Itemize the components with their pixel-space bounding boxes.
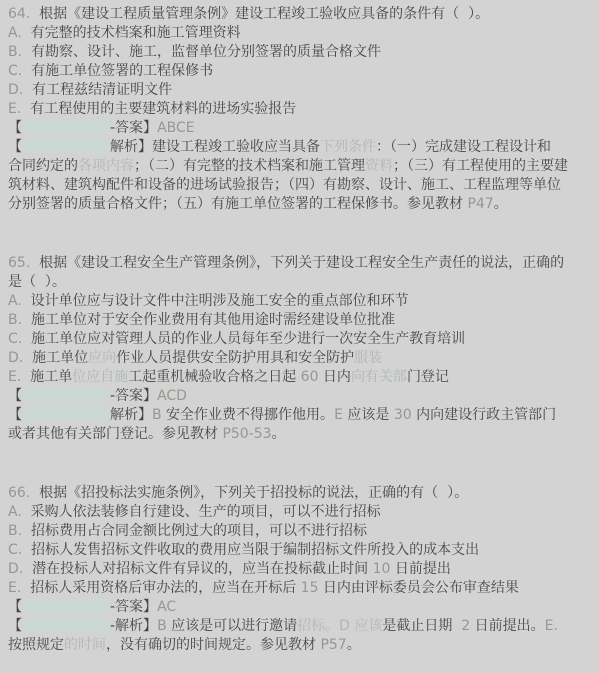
question-64: 64. 根据《建设工程质量管理条例》建设工程竣工验收应具备的条件有（ ）。A. … — [8, 5, 591, 214]
text-segment: -解析】 — [110, 618, 157, 634]
q66-analysis-2: 按照规定的时间，没有确切的时间规定。参见教材 P57。 — [8, 636, 591, 655]
text-segment: 采购人依法装修自行建设、生产的项目，可以不进行招标 — [22, 504, 381, 520]
text-segment: 是截止日期 — [382, 618, 461, 634]
text-segment: -答案】 — [110, 120, 157, 136]
text-segment: 。 — [494, 196, 508, 212]
text-segment: B. — [8, 44, 22, 60]
text-segment: 工起重机械验收合格之日起 — [128, 369, 300, 385]
q64-option-d: D. 有工程兹结清证明文件 — [8, 81, 591, 100]
text-segment: 有工程兹结清证明文件 — [23, 82, 172, 98]
text-segment: 位应自施 — [72, 369, 128, 385]
text-segment: -答案】 — [110, 388, 157, 404]
text-segment: 招标人发售招标文件收取的费用应当限于编制招标文件所投入的成本支出 — [22, 542, 479, 558]
redaction-box — [23, 599, 109, 613]
text-segment: 资料 — [365, 158, 393, 174]
text-segment: D. — [8, 82, 23, 98]
text-segment: P47 — [467, 196, 493, 212]
q64-analysis-4: 分别签署的质量合格文件；（五）有施工单位签署的工程保修书。参见教材 P47。 — [8, 195, 591, 214]
q65-option-c: C. 施工单位应对管理人员的作业人员每年至少进行一次安全生产教育培训 — [8, 330, 591, 349]
text-segment: C. — [8, 331, 22, 347]
text-segment: 向有关部 — [351, 369, 407, 385]
text-segment: ，没有确切的时间规定。参见教材 — [106, 637, 320, 653]
text-segment: 60 — [301, 369, 319, 385]
text-segment: ；（二）有完整的技术档案和施工管理 — [134, 158, 365, 174]
q66-option-c: C. 招标人发售招标文件收取的费用应当限于编制招标文件所投入的成本支出 — [8, 541, 591, 560]
redaction-box — [23, 120, 109, 134]
text-segment: D. — [8, 561, 23, 577]
redaction-box — [23, 618, 109, 632]
text-segment: 或者其他有关部门登记。参见教材 — [8, 426, 222, 442]
text-segment: 有工程使用的主要建筑材料的进场实验报告 — [21, 101, 296, 117]
text-segment: ；（三）有工程使用的主要建 — [393, 158, 568, 174]
q65-answer: 【-答案】ACD — [8, 387, 591, 406]
text-segment: 施工单位应对管理人员的作业人员每年至少进行一次安全生产教育培训 — [22, 331, 465, 347]
text-segment: 服装 — [354, 350, 382, 366]
text-segment: 。 — [272, 426, 286, 442]
text-segment: 65. — [8, 255, 30, 271]
text-segment: 有施工单位签署的工程保修书 — [22, 63, 213, 79]
text-segment: 。 — [347, 637, 361, 653]
text-segment: 【 — [8, 618, 22, 634]
q64-answer: 【-答案】ABCE — [8, 119, 591, 138]
text-segment: B — [152, 407, 162, 423]
text-segment: ABCE — [157, 120, 195, 136]
text-segment: B. — [8, 312, 22, 328]
text-segment: 日前提出。 — [470, 618, 544, 634]
q65-option-e: E. 施工单位应自施工起重机械验收合格之日起 60 日内向有关部门登记 — [8, 368, 591, 387]
exam-document: 64. 根据《建设工程质量管理条例》建设工程竣工验收应具备的条件有（ ）。A. … — [0, 0, 599, 660]
text-segment: 门登记 — [407, 369, 449, 385]
text-segment: A. — [8, 25, 22, 41]
text-segment: 【 — [8, 407, 22, 423]
q66-stem: 66. 根据《招投标法实施条例》，下列关于招投标的说法，正确的有（ ）。 — [8, 484, 591, 503]
text-segment: P50-53 — [222, 426, 271, 442]
q64-option-b: B. 有勘察、设计、施工，监督单位分别签署的质量合格文件 — [8, 43, 591, 62]
text-segment: 有完整的技术档案和施工管理资料 — [22, 25, 241, 41]
text-segment: C. — [8, 542, 22, 558]
q65-option-a: A. 设计单位应与设计文件中注明涉及施工安全的重点部位和环节 — [8, 292, 591, 311]
text-segment: B — [157, 618, 167, 634]
text-segment: 解析】建设工程竣工验收应当具备 — [110, 139, 320, 155]
q66-option-d: D. 潜在投标人对招标文件有异议的，应当在投标截止时间 10 日前提出 — [8, 560, 591, 579]
text-segment: 根据《建设工程安全生产管理条例》，下列关于建设工程安全生产责任的说法，正确的 — [30, 255, 564, 271]
text-segment: 设计单位应与设计文件中注明涉及施工安全的重点部位和环节 — [22, 293, 409, 309]
q64-option-c: C. 有施工单位签署的工程保修书 — [8, 62, 591, 81]
text-segment: 应该 — [350, 618, 382, 634]
text-segment: 施工单位 — [23, 350, 88, 366]
text-segment: 30 — [394, 407, 412, 423]
text-segment: 招标费用占合同金额比例过大的项目，可以不进行招标 — [22, 523, 367, 539]
q64-analysis-1: 【解析】建设工程竣工验收应当具备下列条件：（一）完成建设工程设计和 — [8, 138, 591, 157]
text-segment: 根据《招投标法实施条例》，下列关于招投标的说法，正确的有（ ）。 — [30, 485, 468, 501]
text-segment: 【 — [8, 388, 22, 404]
q66-analysis-1: 【-解析】B 应该是可以进行邀请招标。D 应该是截止日期 2 日前提出。E. — [8, 617, 591, 636]
text-segment: 【 — [8, 599, 22, 615]
text-segment: 各项内容 — [78, 158, 134, 174]
text-segment: 根据《建设工程质量管理条例》建设工程竣工验收应具备的条件有（ ）。 — [30, 6, 489, 22]
text-segment: E. — [545, 618, 558, 634]
text-segment: 应向 — [88, 350, 116, 366]
text-segment: 日前提出 — [390, 561, 450, 577]
q65-analysis-2: 或者其他有关部门登记。参见教材 P50-53。 — [8, 425, 591, 444]
q64-option-a: A. 有完整的技术档案和施工管理资料 — [8, 24, 591, 43]
text-segment: E. — [8, 369, 21, 385]
q66-answer: 【-答案】AC — [8, 598, 591, 617]
text-segment: D — [339, 618, 350, 634]
text-segment: ：（一）完成建设工程设计和 — [376, 139, 551, 155]
text-segment: 解析】 — [110, 407, 152, 423]
text-segment: 应该是 — [343, 407, 394, 423]
text-segment: 招标人采用资格后审办法的，应当在开标后 — [21, 580, 300, 596]
text-segment: 【 — [8, 120, 22, 136]
text-segment: 10 — [373, 561, 391, 577]
text-segment: 应该是可以进行邀请 — [167, 618, 297, 634]
text-segment: 内向建设行政主管部门 — [412, 407, 556, 423]
text-segment: 安全作业费不得挪作他用。 — [162, 407, 334, 423]
text-segment: C. — [8, 63, 22, 79]
q66-option-a: A. 采购人依法装修自行建设、生产的项目，可以不进行招标 — [8, 503, 591, 522]
text-segment: ACD — [157, 388, 187, 404]
text-segment: 【 — [8, 139, 22, 155]
text-segment: 64. — [8, 6, 30, 22]
q66-option-b: B. 招标费用占合同金额比例过大的项目，可以不进行招标 — [8, 522, 591, 541]
text-segment: A. — [8, 504, 22, 520]
text-segment: 作业人员提供安全防护用具和安全防护 — [116, 350, 354, 366]
q66-option-e: E. 招标人采用资格后审办法的，应当在开标后 15 日内由评标委员会公布审查结果 — [8, 579, 591, 598]
text-segment: B. — [8, 523, 22, 539]
text-segment: AC — [157, 599, 176, 615]
q65-stem-2: 是（ ）。 — [8, 273, 591, 292]
q64-analysis-2: 合同约定的各项内容；（二）有完整的技术档案和施工管理资料；（三）有工程使用的主要… — [8, 157, 591, 176]
text-segment: 施工单位对于安全作业费用有其他用途时需经建设单位批准 — [22, 312, 395, 328]
q64-stem: 64. 根据《建设工程质量管理条例》建设工程竣工验收应具备的条件有（ ）。 — [8, 5, 591, 24]
redaction-box — [23, 388, 109, 402]
text-segment: 2 — [461, 618, 470, 634]
q65-option-b: B. 施工单位对于安全作业费用有其他用途时需经建设单位批准 — [8, 311, 591, 330]
text-segment: 66. — [8, 485, 30, 501]
text-segment: D. — [8, 350, 23, 366]
text-segment: P57 — [320, 637, 346, 653]
q65-analysis-1: 【解析】B 安全作业费不得挪作他用。E 应该是 30 内向建设行政主管部门 — [8, 406, 591, 425]
text-segment: 按照规定 — [8, 637, 64, 653]
redaction-box — [23, 139, 109, 153]
text-segment: 有勘察、设计、施工，监督单位分别签署的质量合格文件 — [22, 44, 381, 60]
text-segment: 招标。 — [297, 618, 339, 634]
text-segment: E. — [8, 580, 21, 596]
text-segment: 合同约定的 — [8, 158, 78, 174]
text-segment: A. — [8, 293, 22, 309]
text-segment: 的时间 — [64, 637, 106, 653]
question-66: 66. 根据《招投标法实施条例》，下列关于招投标的说法，正确的有（ ）。A. 采… — [8, 484, 591, 655]
text-segment: 日内由评标委员会公布审查结果 — [318, 580, 518, 596]
text-segment: 分别签署的质量合格文件；（五）有施工单位签署的工程保修书。参见教材 — [8, 196, 467, 212]
text-segment: 筑材料、建筑构配件和设备的进场试验报告；（四）有勘察、设计、施工、工程监理等单位 — [8, 177, 561, 193]
text-segment: 施工单 — [21, 369, 72, 385]
q65-option-d: D. 施工单位应向作业人员提供安全防护用具和安全防护服装 — [8, 349, 591, 368]
text-segment: 下列条件 — [320, 139, 376, 155]
text-segment: -答案】 — [110, 599, 157, 615]
q64-analysis-3: 筑材料、建筑构配件和设备的进场试验报告；（四）有勘察、设计、施工、工程监理等单位 — [8, 176, 591, 195]
text-segment: E. — [8, 101, 21, 117]
q65-stem: 65. 根据《建设工程安全生产管理条例》，下列关于建设工程安全生产责任的说法，正… — [8, 254, 591, 273]
question-65: 65. 根据《建设工程安全生产管理条例》，下列关于建设工程安全生产责任的说法，正… — [8, 254, 591, 444]
redaction-box — [23, 407, 109, 421]
text-segment: 潜在投标人对招标文件有异议的，应当在投标截止时间 — [23, 561, 372, 577]
q64-option-e: E. 有工程使用的主要建筑材料的进场实验报告 — [8, 100, 591, 119]
text-segment: E — [334, 407, 343, 423]
text-segment: 15 — [301, 580, 319, 596]
text-segment: 日内 — [318, 369, 350, 385]
text-segment: 是（ ）。 — [8, 274, 66, 290]
